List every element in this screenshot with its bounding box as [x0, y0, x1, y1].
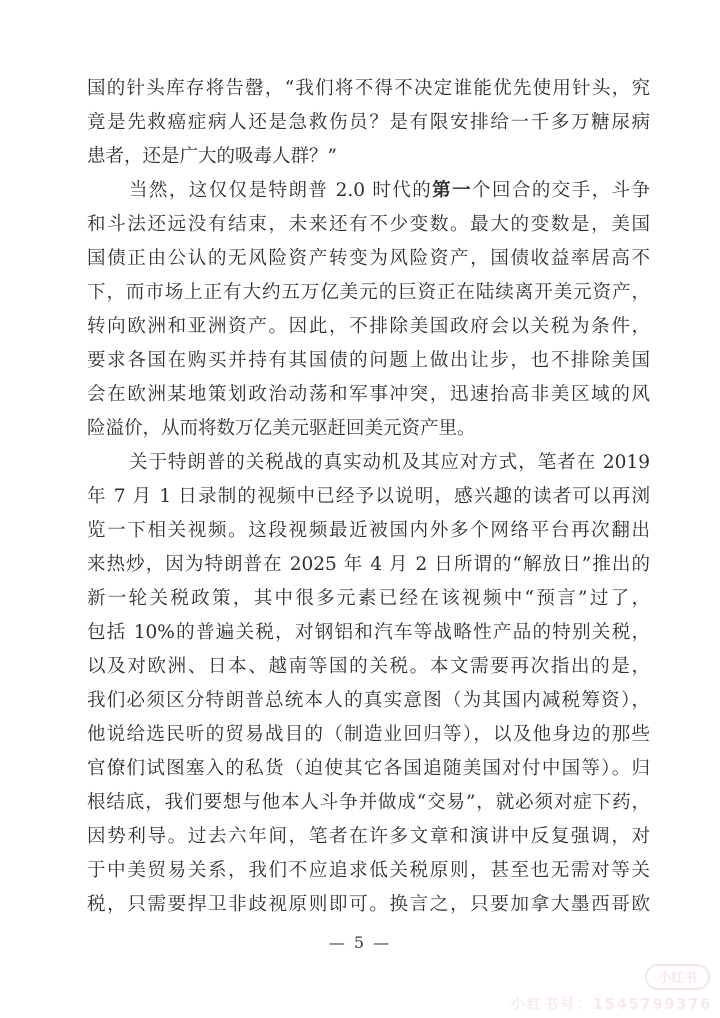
text-run: 患者，还是广大的吸毒人群？” — [87, 146, 337, 167]
text-line: 下，而市场上正有大约五万亿美元的巨资正在陆续离开美元资产， — [87, 276, 650, 310]
bold-text-run: 第一 — [432, 180, 472, 201]
text-line: 包括 10%的普遍关税，对钢铝和汽车等战略性产品的特别关税， — [87, 616, 650, 650]
text-line: 根结底，我们要想与他本人斗争并做成“交易”，就必须对症下药， — [87, 786, 650, 820]
text-line: 官僚们试图塞入的私货（迫使其它各国追随美国对付中国等）。归 — [87, 752, 650, 786]
text-line: 患者，还是广大的吸毒人群？” — [87, 140, 650, 174]
text-line: 险溢价，从而将数万亿美元驱赶回美元资产里。 — [87, 412, 650, 446]
text-line: 于中美贸易关系，我们不应追求低关税原则，甚至也无需对等关 — [87, 854, 650, 888]
text-run: 转向欧洲和亚洲资产。因此，不排除美国政府会以关税为条件， — [87, 316, 650, 337]
text-run: 和斗法还远没有结束，未来还有不少变数。最大的变数是，美国 — [87, 214, 650, 235]
text-run: 我们必须区分特朗普总统本人的真实意图（为其国内减税筹资）， — [87, 690, 650, 711]
text-line: 转向欧洲和亚洲资产。因此，不排除美国政府会以关税为条件， — [87, 310, 650, 344]
text-run: 官僚们试图塞入的私货（迫使其它各国追随美国对付中国等）。归 — [87, 758, 650, 779]
text-run: 来热炒，因为特朗普在 2025 年 4 月 2 日所谓的“解放日”推出的 — [87, 554, 650, 575]
text-run: 国的针头库存将告罄，“我们将不得不决定谁能优先使用针头，究 — [87, 78, 650, 99]
text-line: 当然，这仅仅是特朗普 2.0 时代的第一个回合的交手，斗争 — [87, 174, 650, 208]
text-run: 根结底，我们要想与他本人斗争并做成“交易”，就必须对症下药， — [87, 792, 650, 813]
text-run: 以及对欧洲、日本、越南等国的关税。本文需要再次指出的是， — [87, 656, 650, 677]
document-page: 国的针头库存将告罄，“我们将不得不决定谁能优先使用针头，究竟是先救癌症病人还是急… — [0, 0, 720, 1018]
text-line: 我们必须区分特朗普总统本人的真实意图（为其国内减税筹资）， — [87, 684, 650, 718]
text-run: 他说给选民听的贸易战目的（制造业回归等），以及他身边的那些 — [87, 724, 650, 745]
text-run: 个回合的交手，斗争 — [472, 180, 650, 201]
text-line: 竟是先救癌症病人还是急救伤员？是有限安排给一千多万糖尿病 — [87, 106, 650, 140]
text-run: 关于特朗普的关税战的真实动机及其应对方式，笔者在 2019 — [129, 452, 650, 473]
text-line: 税，只需要捍卫非歧视原则即可。换言之，只要加拿大墨西哥欧 — [87, 888, 650, 922]
text-run: 包括 10%的普遍关税，对钢铝和汽车等战略性产品的特别关税， — [87, 622, 650, 643]
text-line: 年 7 月 1 日录制的视频中已经予以说明，感兴趣的读者可以再浏 — [87, 480, 650, 514]
text-line: 国的针头库存将告罄，“我们将不得不决定谁能优先使用针头，究 — [87, 72, 650, 106]
xiaohongshu-id-label: 小红书号：1545799376 — [510, 993, 714, 1014]
document-body: 国的针头库存将告罄，“我们将不得不决定谁能优先使用针头，究竟是先救癌症病人还是急… — [87, 72, 650, 922]
text-run: 要求各国在购买并持有其国债的问题上做出让步，也不排除美国 — [87, 350, 650, 371]
text-run: 年 7 月 1 日录制的视频中已经予以说明，感兴趣的读者可以再浏 — [87, 486, 650, 507]
text-line: 他说给选民听的贸易战目的（制造业回归等），以及他身边的那些 — [87, 718, 650, 752]
text-run: 国债正由公认的无风险资产转变为风险资产，国债收益率居高不 — [87, 248, 650, 269]
page-number: — 5 — — [0, 933, 720, 952]
text-run: 新一轮关税政策，其中很多元素已经在该视频中“预言”过了， — [87, 588, 650, 609]
text-line: 因势利导。过去六年间，笔者在许多文章和演讲中反复强调，对 — [87, 820, 650, 854]
text-line: 览一下相关视频。这段视频最近被国内外多个网络平台再次翻出 — [87, 514, 650, 548]
text-run: 险溢价，从而将数万亿美元驱赶回美元资产里。 — [87, 418, 476, 439]
text-run: 览一下相关视频。这段视频最近被国内外多个网络平台再次翻出 — [87, 520, 650, 541]
text-run: 会在欧洲某地策划政治动荡和军事冲突，迅速抬高非美区域的风 — [87, 384, 650, 405]
xiaohongshu-badge: 小红书 — [645, 964, 710, 990]
text-line: 要求各国在购买并持有其国债的问题上做出让步，也不排除美国 — [87, 344, 650, 378]
text-line: 国债正由公认的无风险资产转变为风险资产，国债收益率居高不 — [87, 242, 650, 276]
text-line: 以及对欧洲、日本、越南等国的关税。本文需要再次指出的是， — [87, 650, 650, 684]
text-line: 关于特朗普的关税战的真实动机及其应对方式，笔者在 2019 — [87, 446, 650, 480]
text-line: 会在欧洲某地策划政治动荡和军事冲突，迅速抬高非美区域的风 — [87, 378, 650, 412]
text-run: 于中美贸易关系，我们不应追求低关税原则，甚至也无需对等关 — [87, 860, 650, 881]
text-line: 和斗法还远没有结束，未来还有不少变数。最大的变数是，美国 — [87, 208, 650, 242]
text-run: 竟是先救癌症病人还是急救伤员？是有限安排给一千多万糖尿病 — [87, 112, 650, 133]
text-run: 因势利导。过去六年间，笔者在许多文章和演讲中反复强调，对 — [87, 826, 650, 847]
xiaohongshu-watermark: 小红书 小红书号：1545799376 — [510, 964, 714, 1014]
text-line: 新一轮关税政策，其中很多元素已经在该视频中“预言”过了， — [87, 582, 650, 616]
text-run: 税，只需要捍卫非歧视原则即可。换言之，只要加拿大墨西哥欧 — [87, 894, 650, 915]
text-run: 下，而市场上正有大约五万亿美元的巨资正在陆续离开美元资产， — [87, 282, 650, 303]
text-line: 来热炒，因为特朗普在 2025 年 4 月 2 日所谓的“解放日”推出的 — [87, 548, 650, 582]
text-run: 当然，这仅仅是特朗普 2.0 时代的 — [129, 180, 432, 201]
